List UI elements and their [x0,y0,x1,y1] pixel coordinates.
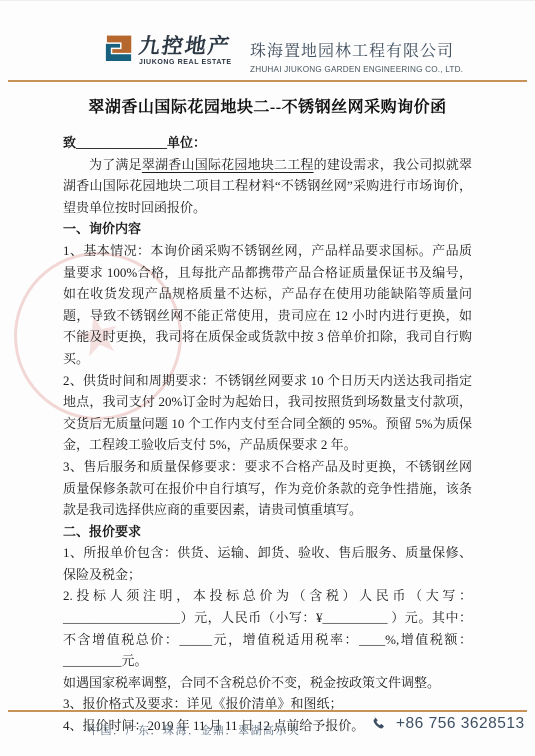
jiukong-logo-mark-icon [104,34,133,65]
inquiry-item-2: 2、供货时间和周期要求：不锈钢丝网要求 10 个日历天内送达我司指定地点，我司支… [63,370,472,456]
salutation-line: 致______________单位： [63,132,472,154]
document-body: 翠湖香山国际花园地块二--不锈钢丝网采购询价函 致______________单… [63,98,472,737]
intro-project-name-underlined: 翠湖香山国际花园地块二工程 [142,157,314,172]
scanned-inquiry-letter-page: 九控地产 JIUKONG REAL ESTATE 珠海置地园林工程有限公司 ZH… [0,0,535,756]
phone-icon [370,716,387,733]
footer-phone: +86 756 3628513 [370,715,525,733]
section1-heading: 一、询价内容 [63,218,472,240]
brand-name-cn: 九控地产 [137,34,233,58]
quote-item-2: 2.投标人须注明，本投标总价为（含税）人民币（大写：______________… [63,585,472,671]
brand-name-en: JIUKONG REAL ESTATE [139,59,232,66]
section2-heading: 二、报价要求 [63,521,472,543]
inquiry-item-1: 1、基本情况：本询价函采购不锈钢丝网，产品样品要求国标。产品质量要求 100%合… [63,240,472,370]
header-divider-line [8,80,527,82]
document-title: 翠湖香山国际花园地块二--不锈钢丝网采购询价函 [63,98,472,118]
intro-paragraph: 为了满足翠湖香山国际花园地块二工程的建设需求，我公司拟就翠湖香山国际花园地块二项… [63,154,472,219]
footer-phone-number: +86 756 3628513 [396,715,525,733]
company-logo: 九控地产 JIUKONG REAL ESTATE [104,34,232,66]
company-name-cn: 珠海置地园林工程有限公司 [250,38,463,61]
salutation-blank-underline: ______________ [76,135,167,150]
company-name-en: ZHUHAI JIUKONG GARDEN ENGINEERING CO., L… [250,65,463,74]
salutation-suffix: 单位： [167,135,206,150]
salutation-prefix: 致 [63,135,76,150]
intro-lead: 为了满足 [89,157,142,172]
footer-divider-line [8,710,527,712]
inquiry-item-3: 3、售后服务和质量保修要求：要求不合格产品及时更换，不锈钢丝网质量保修条款可在报… [63,456,472,521]
quote-item-1: 1、所报单价包含：供货、运输、卸货、验收、售后服务、质量保修、保险及税金； [63,542,472,585]
tax-adjustment-note: 如遇国家税率调整，合同不含税总价不变，税金按政策文件调整。 [63,672,472,694]
footer-address: 中国．广东．珠海．金鼎．翠湖高尔夫 [88,722,301,738]
company-name-block: 珠海置地园林工程有限公司 ZHUHAI JIUKONG GARDEN ENGIN… [250,38,463,74]
